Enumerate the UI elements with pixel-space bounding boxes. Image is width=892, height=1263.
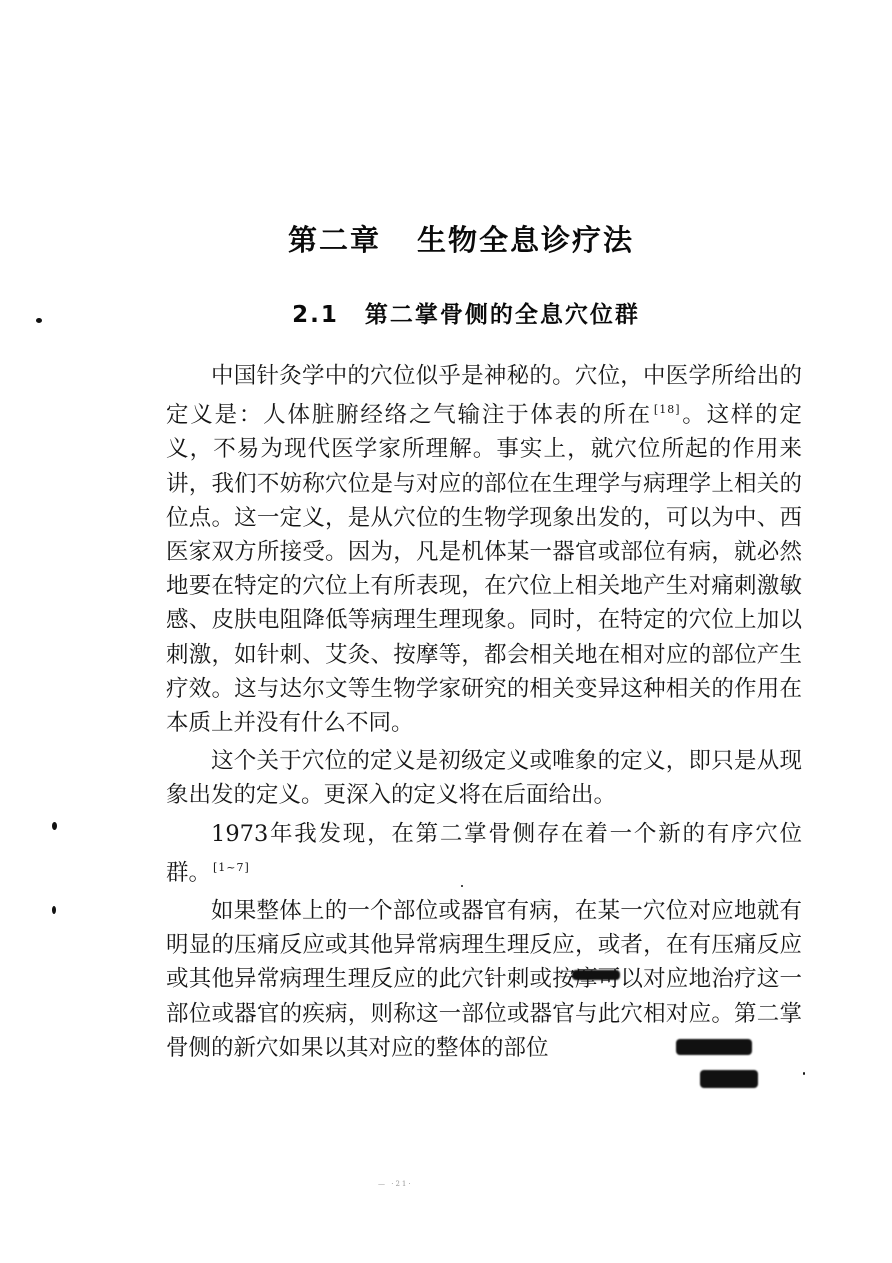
scan-speck — [52, 822, 57, 830]
paragraph-discovery-1973: 1973年我发现，在第二掌骨侧存在着一个新的有序穴位群。[1~7] — [166, 817, 802, 890]
paragraph-text-continued: 。这样的定义，不易为现代医学家所理解。事实上，就穴位所起的作用来讲，我们不妨称穴… — [166, 402, 802, 736]
paragraph-text: 1973年我发现，在第二掌骨侧存在着一个新的有序穴位群。 — [166, 821, 802, 886]
scan-speck — [461, 885, 463, 887]
section-title: 2.1第二掌骨侧的全息穴位群 — [0, 296, 892, 329]
citation: [1~7] — [213, 861, 250, 874]
ink-smudge — [676, 1039, 752, 1055]
body-text: 中国针灸学中的穴位似乎是神秘的。穴位，中医学所给出的定义是：人体脏腑经络之气输注… — [166, 359, 802, 1069]
citation: [18] — [654, 403, 681, 416]
scan-speck — [52, 906, 56, 914]
section-name: 第二掌骨侧的全息穴位群 — [365, 302, 640, 328]
paragraph-preliminary-definition: 这个关于穴位的定义是初级定义或唯象的定义，即只是从现象出发的定义。更深入的定义将… — [166, 744, 802, 812]
chapter-number: 第二章 — [288, 223, 381, 257]
section-number: 2.1 — [292, 302, 339, 328]
scan-speck — [36, 318, 42, 323]
ink-smudge — [572, 970, 620, 980]
scan-speck — [386, 749, 389, 752]
ink-smudge — [700, 1070, 758, 1088]
paragraph-acupoint-definition: 中国针灸学中的穴位似乎是神秘的。穴位，中医学所给出的定义是：人体脏腑经络之气输注… — [166, 359, 802, 740]
scanned-book-page: 第二章生物全息诊疗法 2.1第二掌骨侧的全息穴位群 中国针灸学中的穴位似乎是神秘… — [0, 0, 892, 1263]
scan-speck — [803, 1072, 805, 1075]
paragraph-text: 这个关于穴位的定义是初级定义或唯象的定义，即只是从现象出发的定义。更深入的定义将… — [166, 748, 802, 808]
page-number: — ·21· — [378, 1180, 413, 1188]
chapter-title: 第二章生物全息诊疗法 — [0, 218, 892, 259]
chapter-name: 生物全息诊疗法 — [417, 223, 634, 257]
paragraph-text: 如果整体上的一个部位或器官有病，在某一穴位对应地就有明显的压痛反应或其他异常病理… — [166, 898, 802, 1061]
